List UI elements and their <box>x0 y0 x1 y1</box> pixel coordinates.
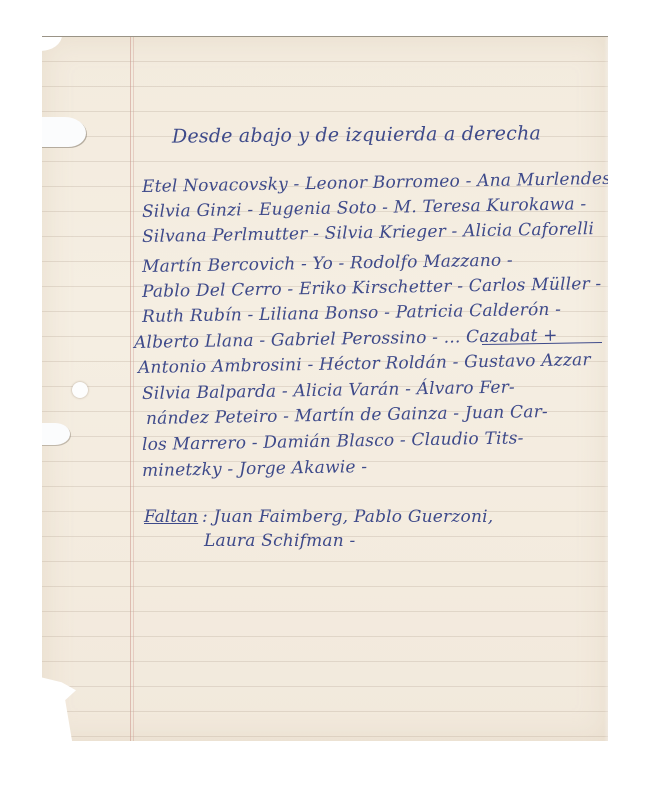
names-line: Silvia Balparda - Alicia Varán - Álvaro … <box>142 377 515 404</box>
names-line: minetzky - Jorge Akawie - <box>142 457 368 481</box>
names-line: Antonio Ambrosini - Héctor Roldán - Gust… <box>138 350 591 378</box>
names-line: los Marrero - Damián Blasco - Claudio Ti… <box>142 428 524 455</box>
missing-names-line: Laura Schifman - <box>204 531 355 551</box>
binder-hole <box>72 382 88 398</box>
names-line: Silvana Perlmutter - Silvia Krieger - Al… <box>142 219 594 247</box>
names-line: Pablo Del Cerro - Eriko Kirschetter - Ca… <box>142 274 602 302</box>
margin-line <box>130 37 134 741</box>
torn-binder-hole-top <box>42 117 86 147</box>
torn-binder-hole-bottom <box>42 677 76 741</box>
notebook-page: Desde abajo y de izquierda a derecha Ete… <box>42 36 608 741</box>
torn-binder-hole-middle <box>42 423 70 445</box>
names-line: Ruth Rubín - Liliana Bonso - Patricia Ca… <box>142 300 561 327</box>
names-line: Etel Novacovsky - Leonor Borromeo - Ana … <box>142 169 608 197</box>
missing-label: Faltan <box>144 507 198 527</box>
page-content: Desde abajo y de izquierda a derecha Ete… <box>42 37 608 741</box>
names-line: nández Peteiro - Martín de Gainza - Juan… <box>146 402 548 429</box>
names-line: Martín Bercovich - Yo - Rodolfo Mazzano … <box>142 251 513 277</box>
page-heading: Desde abajo y de izquierda a derecha <box>172 122 541 147</box>
names-line: Alberto Llana - Gabriel Perossino - ... … <box>134 326 558 353</box>
page-right-edge <box>604 37 608 741</box>
names-line: Silvia Ginzi - Eugenia Soto - M. Teresa … <box>142 194 587 222</box>
missing-names-line: : Juan Faimberg, Pablo Guerzoni, <box>202 507 493 527</box>
torn-corner <box>42 37 62 51</box>
